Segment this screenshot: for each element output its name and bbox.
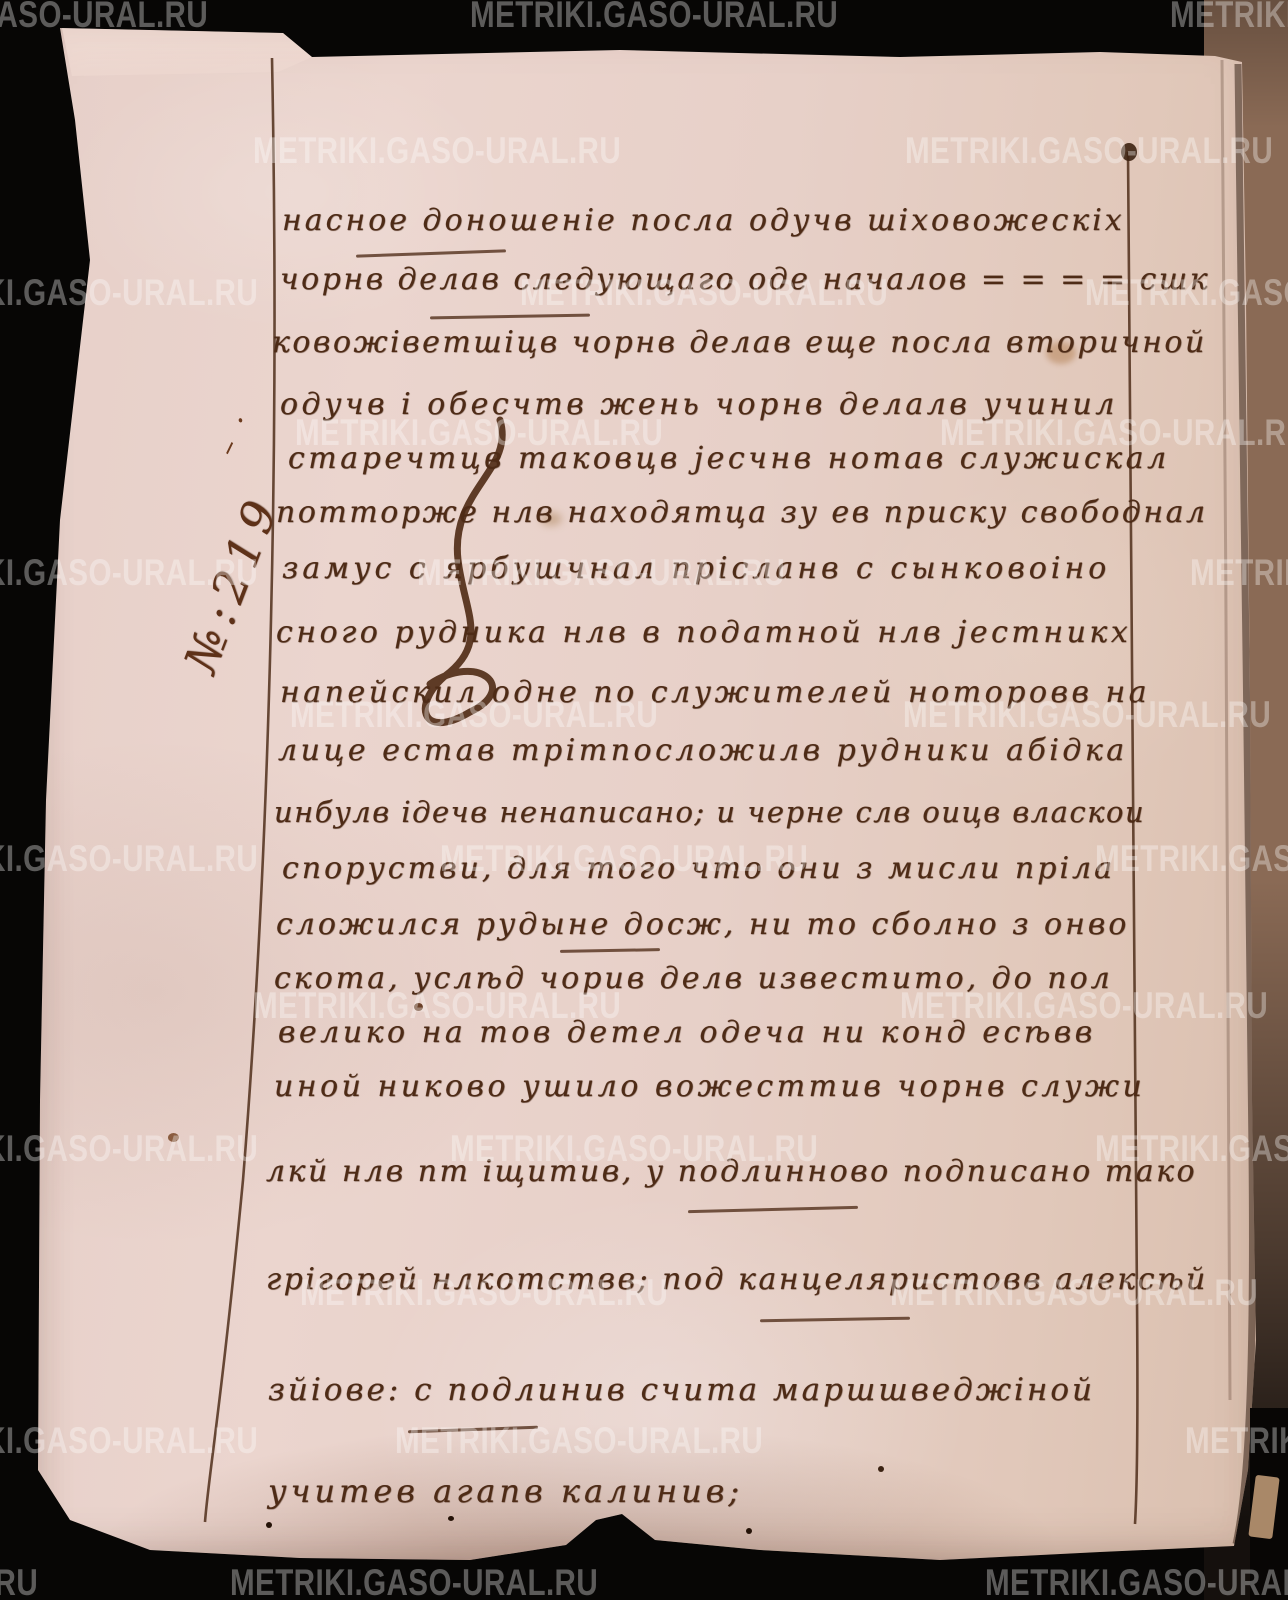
paper-speck	[878, 1466, 884, 1472]
manuscript-line: лице естав трітпосложилв рудники абідка	[278, 733, 1128, 768]
manuscript-line: скота, услѣд чорив делв известито, до по…	[274, 961, 1113, 996]
margin-line-left	[205, 58, 275, 1522]
paper-speck	[746, 1528, 752, 1534]
watermark-text: METRIKI.GASO-URAL.RU	[470, 0, 838, 36]
manuscript-line: грігорей нлкотствв; под канцеляристовв а…	[266, 1262, 1208, 1297]
manuscript-line: сложился рудыне досж, ни то сболно з онв…	[276, 907, 1129, 942]
manuscript-line: чорнв делав следующаго оде началов = = =…	[280, 262, 1210, 297]
manuscript-line: ковожіветшіцв чорнв делав еще посла втор…	[272, 325, 1207, 360]
paper-stain	[414, 1003, 423, 1011]
ink-blob	[1121, 143, 1137, 161]
manuscript-line: одучв і обесчтв жень чорнв делалв учинил	[280, 387, 1118, 422]
manuscript-line: сного рудника нлв в податной нлв јестник…	[276, 615, 1131, 650]
manuscript-line: потторже нлв находятца зу ев приску своб…	[276, 495, 1208, 530]
manuscript-line: зйіове: с подлинив счита маршшведжіной	[268, 1372, 1095, 1408]
paper-stain	[168, 1133, 179, 1142]
manuscript-line: замус с ярбушчнал прісланв с сынковоіно	[282, 551, 1110, 586]
scanned-document: №:219 – · насное доношеніе посла одучв ш…	[0, 0, 1288, 1600]
manuscript-line: старечтцв таковцв јесчнв нотав служискал	[288, 441, 1170, 476]
manuscript-line: велико на тов детел одеча ни конд есѣвв	[278, 1015, 1096, 1050]
manuscript-line: инбулв ідечв ненаписано; и черне слв оиц…	[274, 795, 1145, 829]
manuscript-line: спорустви, для того что они з мисли пріл…	[282, 851, 1115, 886]
manuscript-line: лкй нлв пт іщитив, у подлинново подписан…	[266, 1154, 1197, 1189]
manuscript-page: №:219 – · насное доношеніе посла одучв ш…	[0, 0, 1288, 1600]
page-edge-crease-2	[1222, 60, 1230, 1400]
manuscript-line: насное доношеніе посла одучв шіховожескі…	[282, 203, 1125, 238]
manuscript-line: учитев агапв калинив;	[268, 1472, 743, 1510]
watermark-text: METRIKI.GASO-URAL.RU	[0, 1562, 38, 1600]
manuscript-line: напейскил одне по служителей ноторовв на	[280, 675, 1150, 710]
manuscript-line: иной никово ушило вожесттив чорнв служи	[274, 1069, 1145, 1104]
paper-speck	[266, 1522, 272, 1528]
watermark-text: METRIKI.GASO-URAL.RU	[230, 1562, 598, 1600]
paper-speck	[448, 1516, 454, 1521]
